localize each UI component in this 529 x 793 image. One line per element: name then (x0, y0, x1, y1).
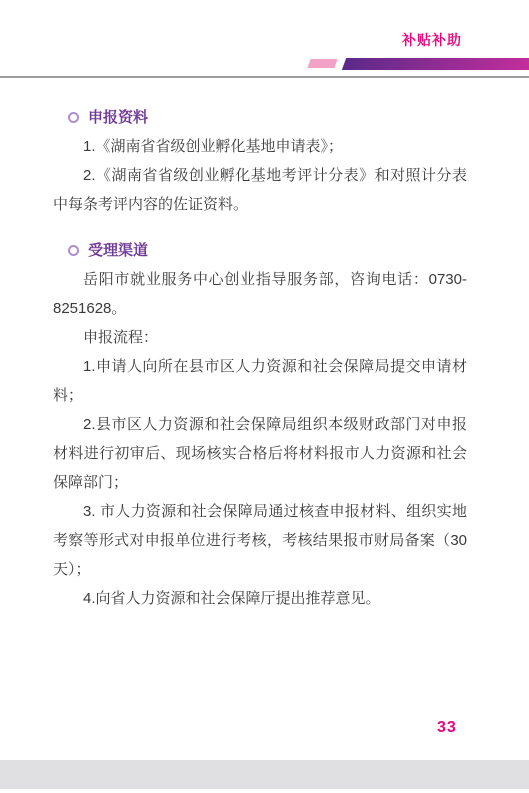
paragraph: 申报流程： (53, 323, 467, 352)
header-band-gradient (342, 58, 529, 70)
paragraph: 4.向省人力资源和社会保障厅提出推荐意见。 (53, 584, 467, 613)
header-divider-line (0, 76, 529, 78)
document-page: 补贴补助 申报资料 1.《湖南省省级创业孵化基地申请表》；2.《湖南省省级创业孵… (0, 0, 529, 793)
footer-bar (0, 760, 529, 789)
section-paragraphs: 岳阳市就业服务中心创业指导服务部，咨询电话：0730-8251628。申报流程：… (53, 265, 467, 613)
header-category-label: 补贴补助 (402, 30, 462, 50)
paragraph: 3. 市人力资源和社会保障局通过核查申报材料、组织实地考察等形式对申报单位进行考… (53, 497, 467, 584)
section-heading: 受理渠道 (53, 236, 467, 265)
page-number: 33 (437, 719, 457, 737)
ring-bullet-icon (68, 112, 79, 123)
section: 申报资料 1.《湖南省省级创业孵化基地申请表》；2.《湖南省省级创业孵化基地考评… (53, 103, 467, 219)
section-heading: 申报资料 (53, 103, 467, 132)
header-band-pink-accent (307, 59, 337, 68)
section-paragraphs: 1.《湖南省省级创业孵化基地申请表》；2.《湖南省省级创业孵化基地考评计分表》和… (53, 132, 467, 219)
paragraph: 2.《湖南省省级创业孵化基地考评计分表》和对照计分表中每条考评内容的佐证资料。 (53, 161, 467, 219)
section-heading-label: 受理渠道 (88, 236, 148, 265)
paragraph: 2.县市区人力资源和社会保障局组织本级财政部门对申报材料进行初审后、现场核实合格… (53, 410, 467, 497)
section-heading-label: 申报资料 (88, 103, 148, 132)
section: 受理渠道 岳阳市就业服务中心创业指导服务部，咨询电话：0730-8251628。… (53, 236, 467, 613)
ring-bullet-icon (68, 245, 79, 256)
paragraph: 岳阳市就业服务中心创业指导服务部，咨询电话：0730-8251628。 (53, 265, 467, 323)
paragraph: 1.申请人向所在县市区人力资源和社会保障局提交申请材料； (53, 352, 467, 410)
paragraph: 1.《湖南省省级创业孵化基地申请表》； (53, 132, 467, 161)
content: 申报资料 1.《湖南省省级创业孵化基地申请表》；2.《湖南省省级创业孵化基地考评… (53, 103, 467, 613)
